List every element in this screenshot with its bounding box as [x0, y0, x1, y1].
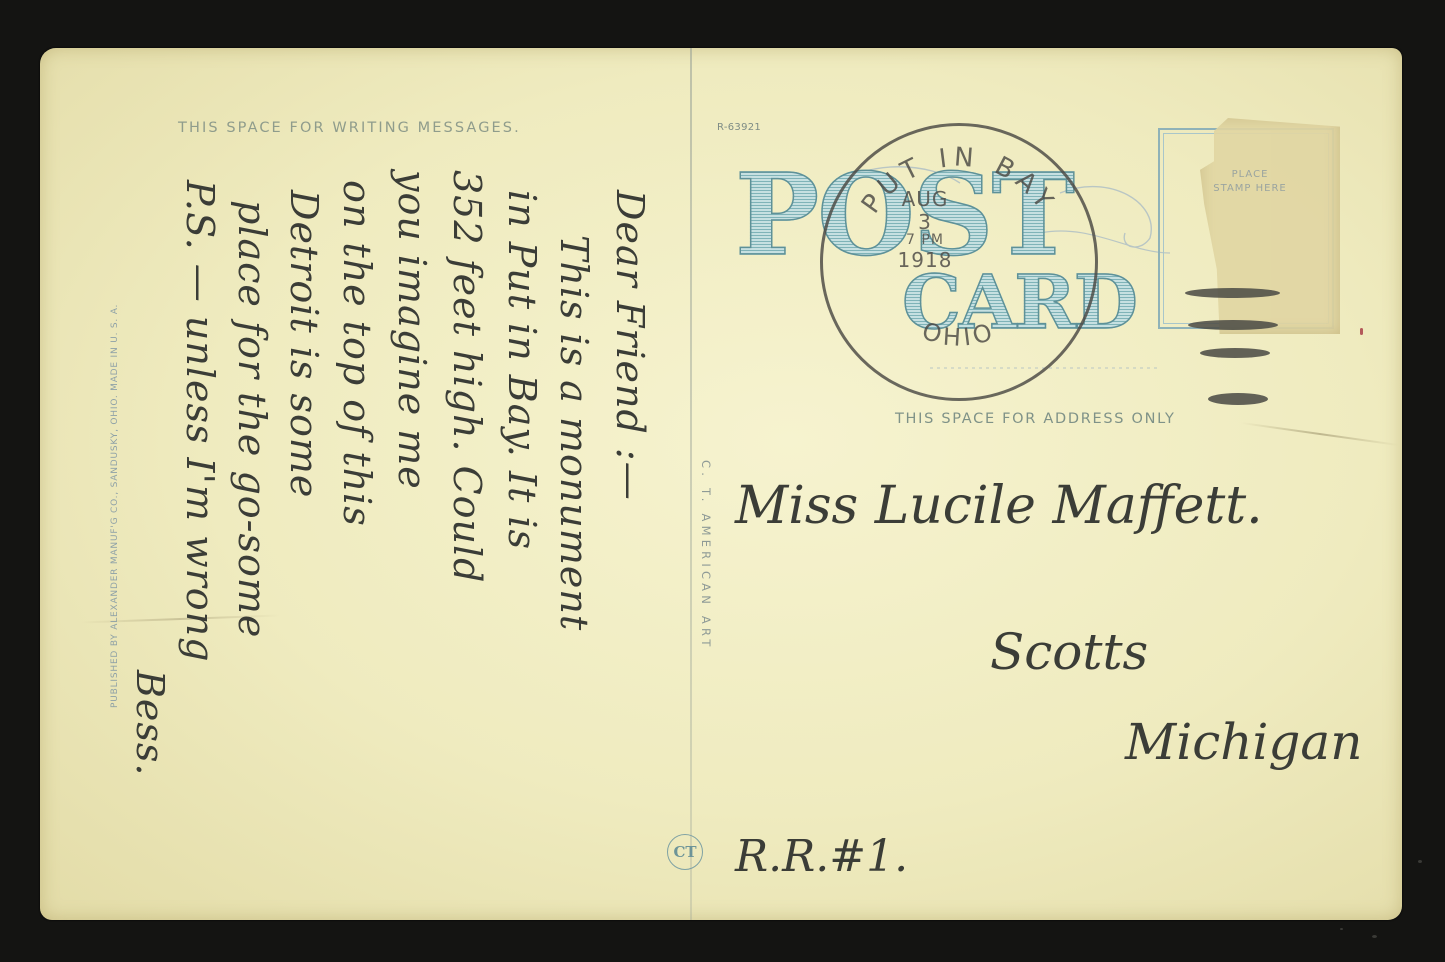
cancel-bar — [1185, 288, 1280, 298]
cancel-bar — [1208, 393, 1268, 405]
message-line: This is a monument — [552, 235, 596, 631]
cancel-bar — [1200, 348, 1270, 358]
cancel-bar — [1188, 320, 1278, 330]
paper-crease — [1241, 422, 1400, 446]
svg-text:OHIO: OHIO — [919, 317, 1000, 352]
postmark-day: 3 — [885, 211, 965, 234]
handwritten-message: Dear Friend :— This is a monument in Put… — [104, 150, 654, 910]
message-line: in Put in Bay. It is — [500, 190, 544, 550]
stamp-mark — [1360, 328, 1363, 335]
postmark-year: 1918 — [885, 249, 965, 272]
serial-number: R-63921 — [717, 122, 761, 133]
recipient-name: Miss Lucile Maffett. — [735, 476, 1263, 536]
stamp-text-line: STAMP HERE — [1190, 182, 1310, 196]
recipient-state: Michigan — [1125, 713, 1362, 771]
stamp-text-line: PLACE — [1190, 168, 1310, 182]
backdrop-speck — [1372, 935, 1377, 938]
message-line: Dear Friend :— — [608, 190, 652, 501]
postmark-month: AUG — [885, 188, 965, 211]
stamp-residue — [1200, 118, 1340, 334]
backdrop-speck — [1418, 860, 1422, 863]
publisher-logo-icon: CT — [667, 834, 703, 870]
backdrop-speck — [1340, 928, 1343, 930]
message-line: Detroit is some — [282, 190, 326, 498]
postmark-state: OHIO — [919, 317, 1000, 352]
stamp-box-text: PLACE STAMP HERE — [1190, 168, 1310, 196]
message-line: place for the go-some — [230, 200, 274, 638]
brand-vertical-text: C. T. AMERICAN ART — [699, 460, 713, 560]
message-line: you imagine me — [390, 170, 434, 490]
recipient-route: R.R.#1. — [735, 831, 908, 882]
center-divider — [690, 48, 692, 920]
message-line: 352 feet high. Could — [445, 170, 489, 584]
message-signature: Bess. — [128, 670, 172, 777]
recipient-city: Scotts — [990, 623, 1148, 681]
postcard-back: THIS SPACE FOR WRITING MESSAGES. R-63921… — [40, 48, 1402, 920]
postmark-time: 7 PM — [885, 233, 965, 249]
message-area-label: THIS SPACE FOR WRITING MESSAGES. — [178, 120, 521, 136]
message-line: P.S. — unless I'm wrong — [178, 180, 222, 662]
postmark-date: AUG 3 7 PM 1918 — [885, 188, 965, 272]
address-area-label: THIS SPACE FOR ADDRESS ONLY — [895, 411, 1176, 427]
message-line: on the top of this — [335, 180, 379, 527]
